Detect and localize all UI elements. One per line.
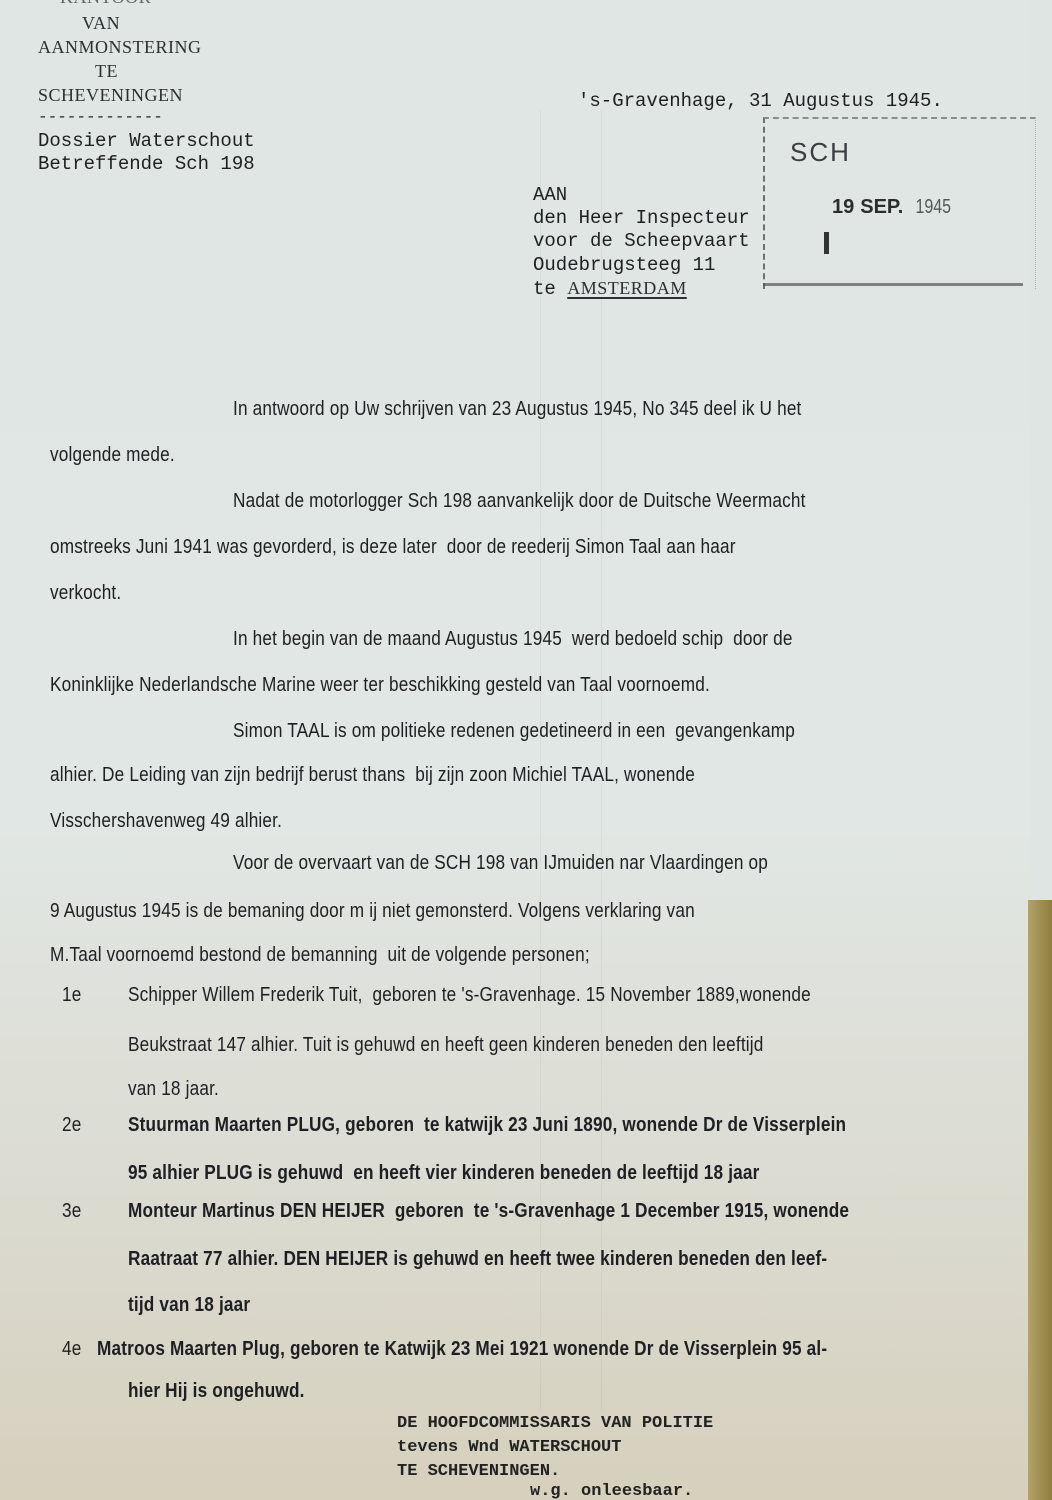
stamp-border [763,283,1023,286]
stamp-date: 19SEP.1945 [832,196,956,219]
crew-number: 4e [62,1338,81,1360]
letterhead-rule: ------------- [38,106,163,128]
signature-line: tevens Wnd WATERSCHOUT [397,1439,621,1457]
body-line: M.Taal voornoemd bestond de bemanning ui… [50,944,590,966]
body-line: alhier. De Leiding van zijn bedrijf beru… [50,764,695,786]
crew-line: Raatraat 77 alhier. DEN HEIJER is gehuwd… [128,1248,827,1270]
body-line: 9 Augustus 1945 is de bemaning door m ij… [50,900,695,922]
signature-line: DE HOOFDCOMMISSARIS VAN POLITIE [397,1415,713,1433]
crew-line: tijd van 18 jaar [128,1294,250,1316]
body-line: Visschershavenweg 49 alhier. [50,810,282,832]
crew-line: van 18 jaar. [128,1078,219,1100]
stamp-year: 1945 [916,196,952,219]
letterhead-cut-line: KANTOOR [60,0,151,8]
crew-line: Stuurman Maarten PLUG, geboren te katwij… [128,1114,846,1136]
body-line: volgende mede. [50,444,175,466]
dateline: 's-Gravenhage, 31 Augustus 1945. [578,90,943,112]
subject-line: Betreffende Sch 198 [38,153,255,175]
letterhead-line: AANMONSTERING [38,36,202,58]
addressee-line: voor de Scheepvaart [533,230,750,252]
body-line: In het begin van de maand Augustus 1945 … [233,628,793,650]
body-line: verkocht. [50,582,121,604]
addressee-city-line: te AMSTERDAM [533,277,687,300]
addressee-line: Oudebrugsteeg 11 [533,254,715,276]
addressee-line: den Heer Inspecteur [533,207,750,229]
stamp-month: SEP. [860,196,903,218]
addressee-line: AAN [533,184,567,206]
body-line: Nadat de motorlogger Sch 198 aanvankelij… [233,490,806,512]
body-line: Voor de overvaart van de SCH 198 van IJm… [233,852,768,874]
crew-line: Schipper Willem Frederik Tuit, geboren t… [128,984,811,1006]
body-line: Simon TAAL is om politieke redenen gedet… [233,720,795,742]
stamp-mark [824,232,829,254]
crew-line: 95 alhier PLUG is gehuwd en heeft vier k… [128,1162,760,1184]
body-line: omstreeks Juni 1941 was gevorderd, is de… [50,536,736,558]
body-line: In antwoord op Uw schrijven van 23 Augus… [233,398,802,420]
crew-number: 2e [62,1114,81,1136]
stamp-day: 19 [832,196,854,218]
signature-signed: w.g. onleesbaar. [530,1483,693,1500]
crew-line: Matroos Maarten Plug, geboren te Katwijk… [97,1338,827,1360]
letterhead-line: TE [95,60,118,82]
crew-line: Beukstraat 147 alhier. Tuit is gehuwd en… [128,1034,763,1056]
crew-line: Monteur Martinus DEN HEIJER geboren te '… [128,1200,849,1222]
city-name: AMSTERDAM [567,278,687,298]
crew-line: hier Hij is ongehuwd. [128,1380,305,1402]
letterhead-line: VAN [82,12,120,34]
letterhead-line: SCHEVENINGEN [38,84,183,106]
crew-number: 3e [62,1200,81,1222]
body-line: Koninklijke Nederlandsche Marine weer te… [50,674,710,696]
folder-edge [1028,900,1052,1500]
signature-line: TE SCHEVENINGEN. [397,1463,560,1481]
crew-number: 1e [62,984,81,1006]
dossier-label: Dossier Waterschout [38,130,255,152]
city-prefix: te [533,278,567,300]
stamp-code: SCH [790,137,851,168]
